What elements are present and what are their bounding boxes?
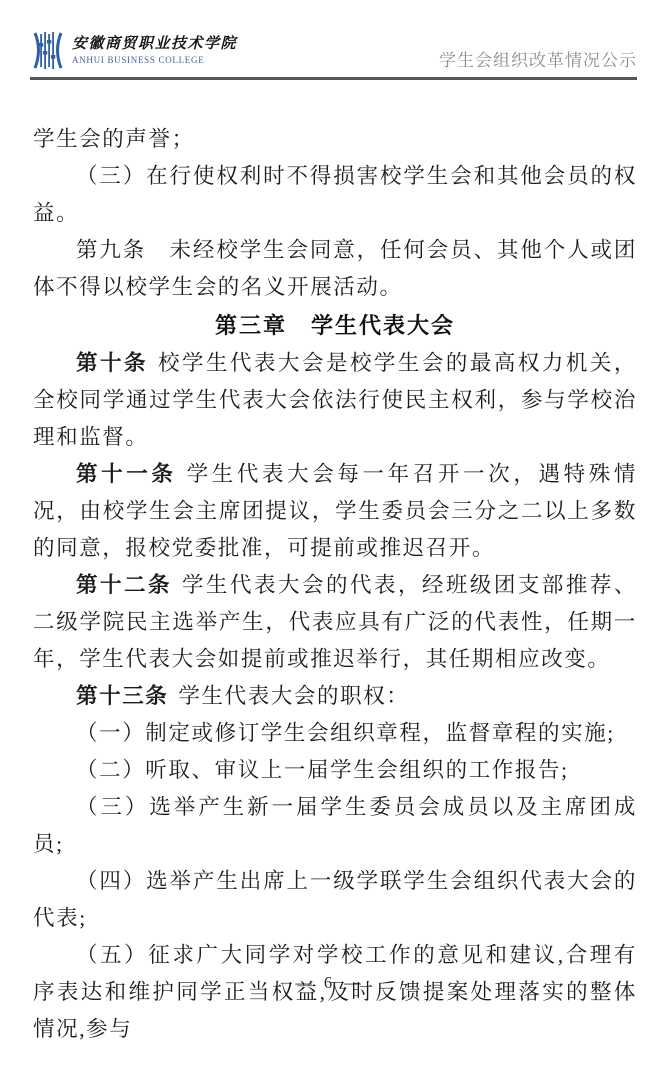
page-header: 安徽商贸职业技术学院 ANHUI BUSINESS COLLEGE 学生会组织改… xyxy=(30,26,637,80)
paragraph-clause-3: （三）在行使权利时不得损害校学生会和其他会员的权益。 xyxy=(33,158,637,232)
paragraph-text: （三）选举产生新一届学生委员会成员以及主席团成员; xyxy=(33,795,637,856)
article-number: 第十二条 xyxy=(76,573,172,597)
page-number: — 6 — xyxy=(0,973,660,993)
paragraph-text: （四）选举产生出席上一级学联学生会组织代表大会的代表; xyxy=(33,869,637,930)
paragraph-text: （一）制定或修订学生会组织章程，监督章程的实施; xyxy=(76,721,615,745)
paragraph-item-1: （一）制定或修订学生会组织章程，监督章程的实施; xyxy=(33,715,637,752)
paragraph-text: （三）在行使权利时不得损害校学生会和其他会员的权益。 xyxy=(33,164,637,225)
college-logo-icon xyxy=(30,30,66,71)
paragraph-item-2: （二）听取、审议上一届学生会组织的工作报告; xyxy=(33,752,637,789)
paragraph-item-4: （四）选举产生出席上一级学联学生会组织代表大会的代表; xyxy=(33,863,637,937)
article-number: 第十三条 xyxy=(76,684,168,708)
paragraph-article-13: 第十三条学生代表大会的职权： xyxy=(33,678,637,715)
college-name-zh: 安徽商贸职业技术学院 xyxy=(72,36,237,53)
paragraph-text: 学生会的声誉； xyxy=(33,127,195,151)
paragraph-continuation: 学生会的声誉； xyxy=(33,121,637,158)
college-name-block: 安徽商贸职业技术学院 ANHUI BUSINESS COLLEGE xyxy=(72,36,237,66)
paragraph-text: （二）听取、审议上一届学生会组织的工作报告; xyxy=(76,758,569,782)
college-name-en: ANHUI BUSINESS COLLEGE xyxy=(72,55,237,66)
article-number: 第十条 xyxy=(76,351,148,375)
paragraph-item-3: （三）选举产生新一届学生委员会成员以及主席团成员; xyxy=(33,789,637,863)
paragraph-article-12: 第十二条学生代表大会的代表，经班级团支部推荐、二级学院民主选举产生，代表应具有广… xyxy=(33,567,637,678)
paragraph-text: 第九条 未经校学生会同意，任何会员、其他个人或团体不得以校学生会的名义开展活动。 xyxy=(33,238,637,299)
document-body: 学生会的声誉； （三）在行使权利时不得损害校学生会和其他会员的权益。 第九条 未… xyxy=(33,121,637,1048)
article-number: 第十一条 xyxy=(76,462,177,486)
college-logo: 安徽商贸职业技术学院 ANHUI BUSINESS COLLEGE xyxy=(30,30,237,71)
document-page: 安徽商贸职业技术学院 ANHUI BUSINESS COLLEGE 学生会组织改… xyxy=(0,0,660,1091)
paragraph-article-10: 第十条校学生代表大会是校学生会的最高权力机关，全校同学通过学生代表大会依法行使民… xyxy=(33,345,637,456)
paragraph-text: 学生代表大会的职权： xyxy=(178,684,409,708)
paragraph-article-11: 第十一条学生代表大会每一年召开一次，遇特殊情况，由校学生会主席团提议，学生委员会… xyxy=(33,456,637,567)
chapter-heading: 第三章 学生代表大会 xyxy=(33,306,637,345)
paragraph-article-9: 第九条 未经校学生会同意，任何会员、其他个人或团体不得以校学生会的名义开展活动。 xyxy=(33,232,637,306)
document-title: 学生会组织改革情况公示 xyxy=(439,51,637,71)
